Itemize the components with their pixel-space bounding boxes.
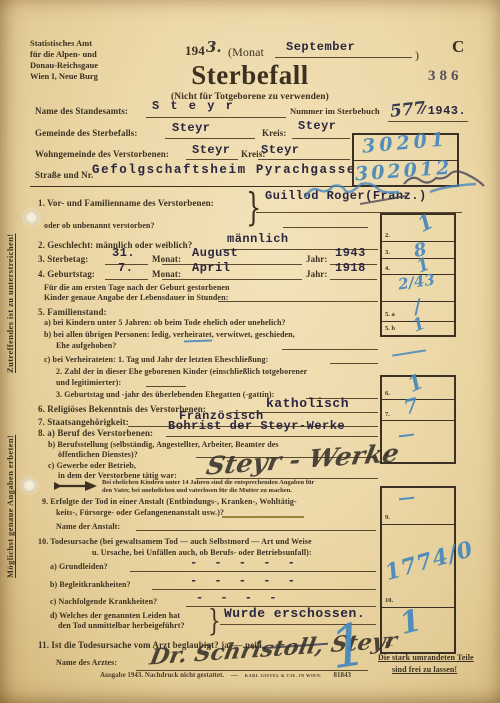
answer-line [330,279,377,280]
answer-line [162,264,302,265]
arzt-label: Name des Arztes: [56,658,117,667]
question-5-label: 5. Familienstand: [38,307,107,317]
answer-line [166,436,378,437]
box-label-2: 2. [385,232,390,239]
question-8a-label: 8. a) Beruf des Verstorbenen: [38,428,153,438]
question-1-label: 1. Vor- und Familienname des Verstorbene… [38,198,214,208]
answer-line [258,159,350,160]
monat-close: ) [415,48,419,63]
agency-line: Wien I, Neue Burg [30,71,160,82]
answer-line [165,138,255,139]
agency-line: Statistisches Amt [30,38,160,49]
answer-line [162,279,302,280]
box-label-3: 3. [385,249,390,256]
standesamt-typed-value: S t e y r [152,99,235,113]
answer-line [146,117,286,118]
agency-line: Donau-Reichsgaue [30,60,160,71]
box-label-8: 8. [385,451,390,458]
arrow-icon [52,480,98,492]
imprint: Ausgabe 1943. Nachdruck nicht gestattet.… [100,671,351,679]
hand-underline-ledig [184,340,212,343]
birth-month-typed: April [192,261,231,275]
free-space-note: Die stark umrandeten Teile [378,653,474,662]
question-9-line1: 9. Erfolgte der Tod in einer Anstalt (En… [42,497,297,506]
kreis-label: Kreis: [262,128,286,138]
anstalt-label: Name der Anstalt: [56,522,120,531]
box-label-7: 7. [385,411,390,418]
question-9-line2: keits-, Fürsorge- oder Gefangenenanstalt… [56,508,224,517]
gender-typed-value: männlich [227,232,289,246]
occupation-typed-value: Bohrist der Steyr-Werke [168,419,345,433]
question-4-note: Für die am ersten Tage nach der Geburt g… [44,283,230,292]
answer-line [282,349,378,350]
question-10c-label: c) Nachfolgende Krankheiten? [50,597,157,606]
box-label-6: 6. [385,390,390,397]
year-handwritten: 3. [206,38,222,56]
monat-label: Monat: [152,269,181,279]
death-month-typed: August [192,246,238,260]
question-4-note: Kinder genaue Angabe der Lebensdauer in … [44,293,228,302]
answer-line [130,571,376,572]
standesamt-label: Name des Standesamts: [35,106,128,116]
religion-typed-value: katholisch [266,396,349,411]
monat-typed-value: September [286,40,355,54]
question-5b-rest: verheiratet, verwitwet, geschieden, [171,330,295,339]
question-5c3: 3. Geburtstag und -jahr des überlebenden… [56,390,274,399]
wohngemeinde-typed-value: Steyr [192,143,231,157]
question-5a: a) bei Kindern unter 5 Jahren: ob beim T… [44,318,286,327]
answer-line [136,530,376,531]
answer-line [152,589,376,590]
gemeinde-label: Gemeinde des Sterbefalls: [35,128,137,138]
sterbebuch-year-typed: /1943. [420,104,466,118]
imprint-text: Ausgabe 1943. Nachdruck nicht gestattet. [100,671,224,679]
agency-block: Statistisches Amt für die Alpen- und Don… [30,38,160,82]
free-space-note: sind frei zu lassen! [392,665,457,674]
imprint-printer: Karl Gistel & Cie. in Wien. [245,673,322,678]
jahr-label: Jahr: [306,254,328,264]
birth-day-typed: 7. [118,261,133,275]
kreis-typed-value: Steyr [261,143,300,157]
answer-line [330,363,378,364]
imprint-number: 81843 [333,671,351,679]
form-title: Sterbefall [150,60,350,91]
question-5b-line2: Ehe aufgehoben? [56,341,116,350]
answer-line [292,138,350,139]
death-year-typed: 1943 [335,246,366,260]
strasse-label: Straße und Nr. [35,170,93,180]
answer-line [218,301,378,302]
kreis-typed-value: Steyr [298,119,337,133]
question-10b-label: b) Begleitkrankheiten? [50,580,131,589]
sterbebuch-label: Nummer im Sterbebuch [290,106,380,116]
box-divider [382,607,454,608]
jahr-label: Jahr: [306,269,328,279]
arrow-note: Bei ehelichen Kindern unter 14 Jahren si… [102,479,314,486]
hand-code-9: — [397,487,416,509]
question-1-sub: oder ob unbenannt verstorben? [44,221,155,230]
punch-hole [22,478,37,493]
hand-dash-mark [392,349,426,356]
hand-underline-usw [222,516,304,518]
death-day-typed: 31. [112,246,135,260]
monat-open: (Monat [228,45,264,60]
birth-year-typed: 1918 [335,261,366,275]
question-10d-line1: d) Welches der genannten Leiden hat [50,611,180,620]
monat-label: Monat: [152,254,181,264]
year-printed: 194 [185,43,205,59]
answer-line [105,279,148,280]
imprint-dash: — [231,671,238,679]
box-divider [382,420,454,421]
question-8b: öffentlichen Dienstes)? [58,450,138,459]
box-label-4: 4. [385,265,390,272]
box-label-9: 9. [385,514,390,521]
question-5b: b) bei allen übrigen Personen: ledig, ve… [44,330,295,339]
death-record-form: Zutreffendes ist zu unterstreichen! Mögl… [0,0,500,703]
question-5b-ledig: ledig, [152,330,171,339]
answer-line [283,227,368,228]
question-8c: c) Gewerbe oder Betrieb, [48,461,136,470]
stamp-number: 386 [428,68,463,85]
question-3-label: 3. Sterbetag: [38,254,88,264]
brace: } [208,602,221,638]
gemeinde-typed-value: Steyr [172,121,211,135]
margin-note-underline: Zutreffendes ist zu unterstreichen! [5,168,15,373]
question-10-line1: 10. Todesursache (bei gewaltsamem Tod — … [38,537,312,546]
strasse-typed-value: Gefolgschaftsheim Pyrachgasse [92,163,356,177]
series-letter: C [452,37,464,57]
question-10d-line2: den Tod unmittelbar herbeigeführt? [58,621,185,630]
punch-hole [24,210,39,225]
box-divider [382,524,454,525]
box-divider [382,399,454,400]
ink-scribble [300,176,410,208]
arrow-note: den Vater, bei unehelichen und vaterlose… [102,487,292,494]
answer-line [275,57,412,58]
question-5c2: 2. Zahl der in dieser Ehe geborenen Kind… [56,367,307,376]
question-5c1: c) bei Verheirateten: 1. Tag und Jahr de… [44,355,268,364]
question-7-label: 7. Staatsangehörigkeit: [38,417,129,427]
question-8b: b) Berufsstellung (selbständig, Angestel… [48,440,279,449]
grundleiden-typed-value: - - - - - [190,556,300,570]
box-label-5b: 5. b [385,325,395,332]
question-5c2: und legitimierter): [56,378,121,387]
question-4-label: 4. Geburtstag: [38,269,95,279]
answer-line [186,159,238,160]
begleitkrankheiten-typed-value: - - - - - [190,574,300,588]
answer-line [146,386,186,387]
hand-code-8: — [397,424,416,446]
wohngemeinde-label: Wohngemeinde des Verstorbenen: [35,149,169,159]
box-label-10: 10. [385,597,393,604]
answer-line [388,121,468,122]
question-10a-label: a) Grundleiden? [50,562,108,571]
margin-note-accuracy: Möglichst genaue Angaben erbeten! [5,386,15,578]
brace: } [246,185,261,230]
question-5b-pre: b) bei allen übrigen Personen: [44,330,152,339]
box-label-5a: 5. a [385,311,395,318]
agency-line: für die Alpen- und [30,49,160,60]
box-label-11: 11. [385,641,393,648]
